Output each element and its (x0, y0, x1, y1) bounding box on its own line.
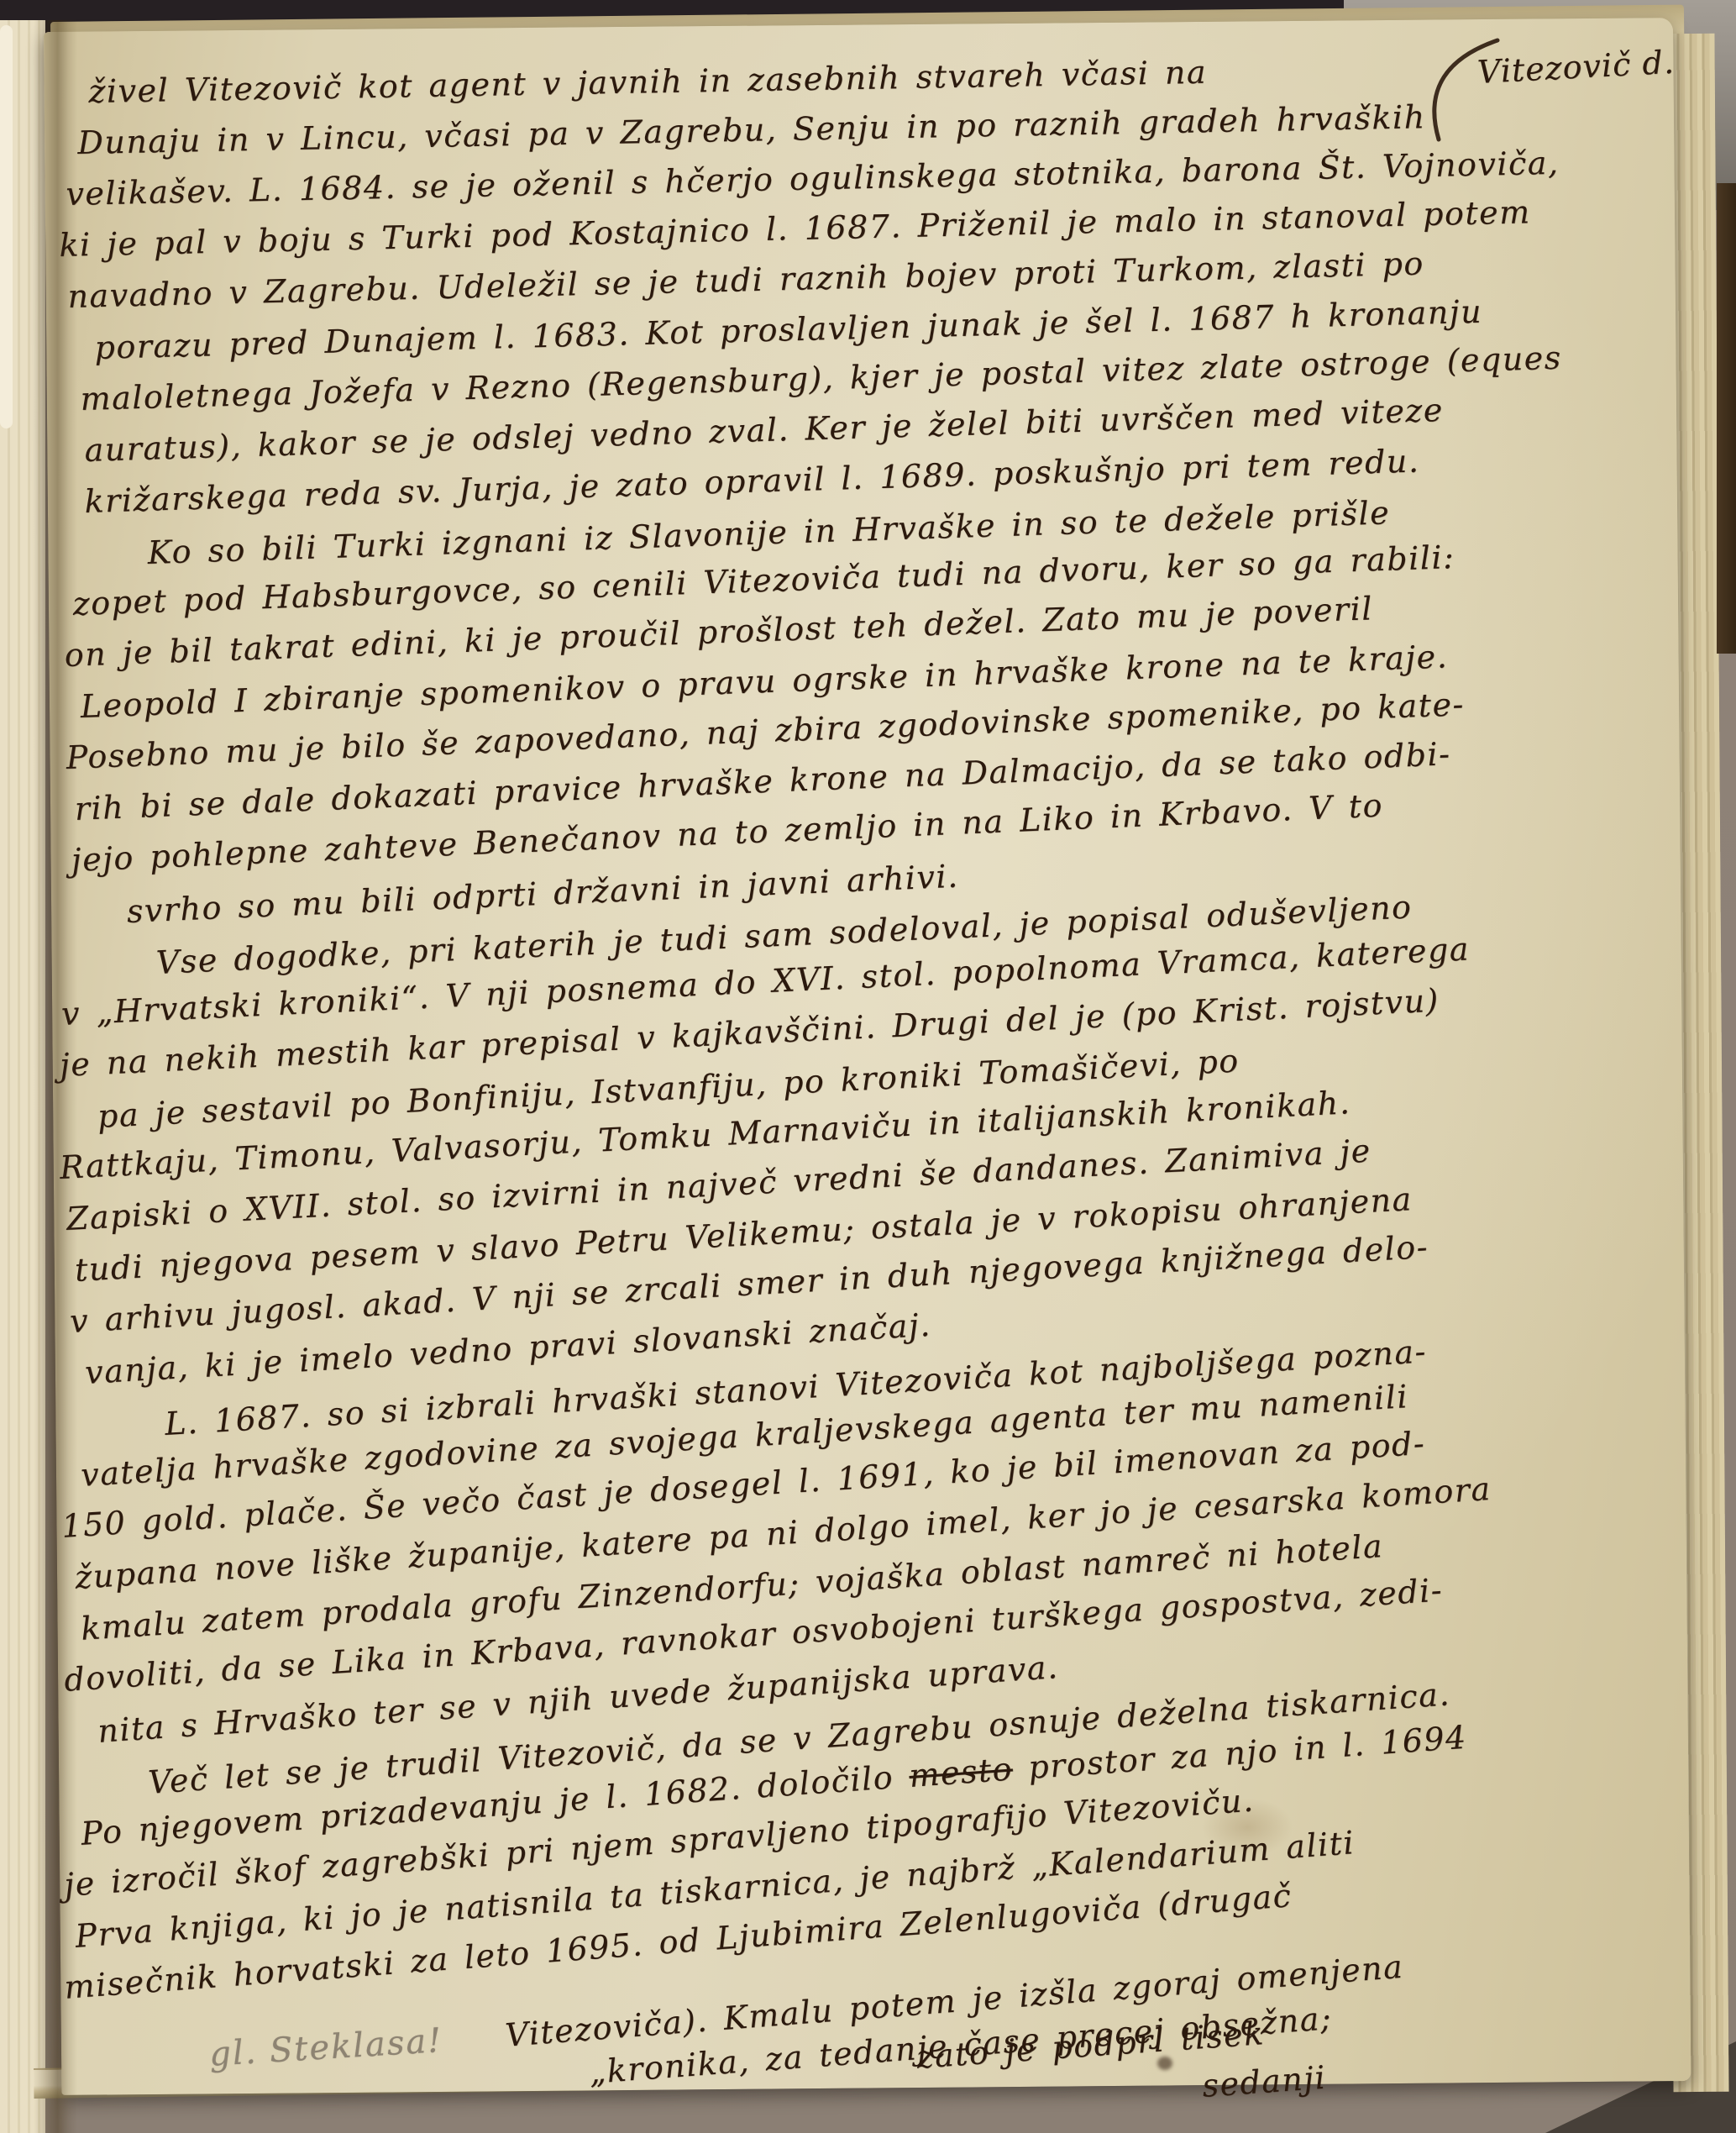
struck-word: mesto (908, 1750, 1014, 1794)
margin-bracket-stroke (1390, 35, 1516, 144)
facing-page-highlight (0, 25, 13, 428)
manuscript-photo: živel Vitezovič kot agent v javnih in za… (0, 0, 1736, 2133)
book-cover-edge (1717, 183, 1736, 654)
manuscript-line: sedanji (1201, 2060, 1328, 2105)
